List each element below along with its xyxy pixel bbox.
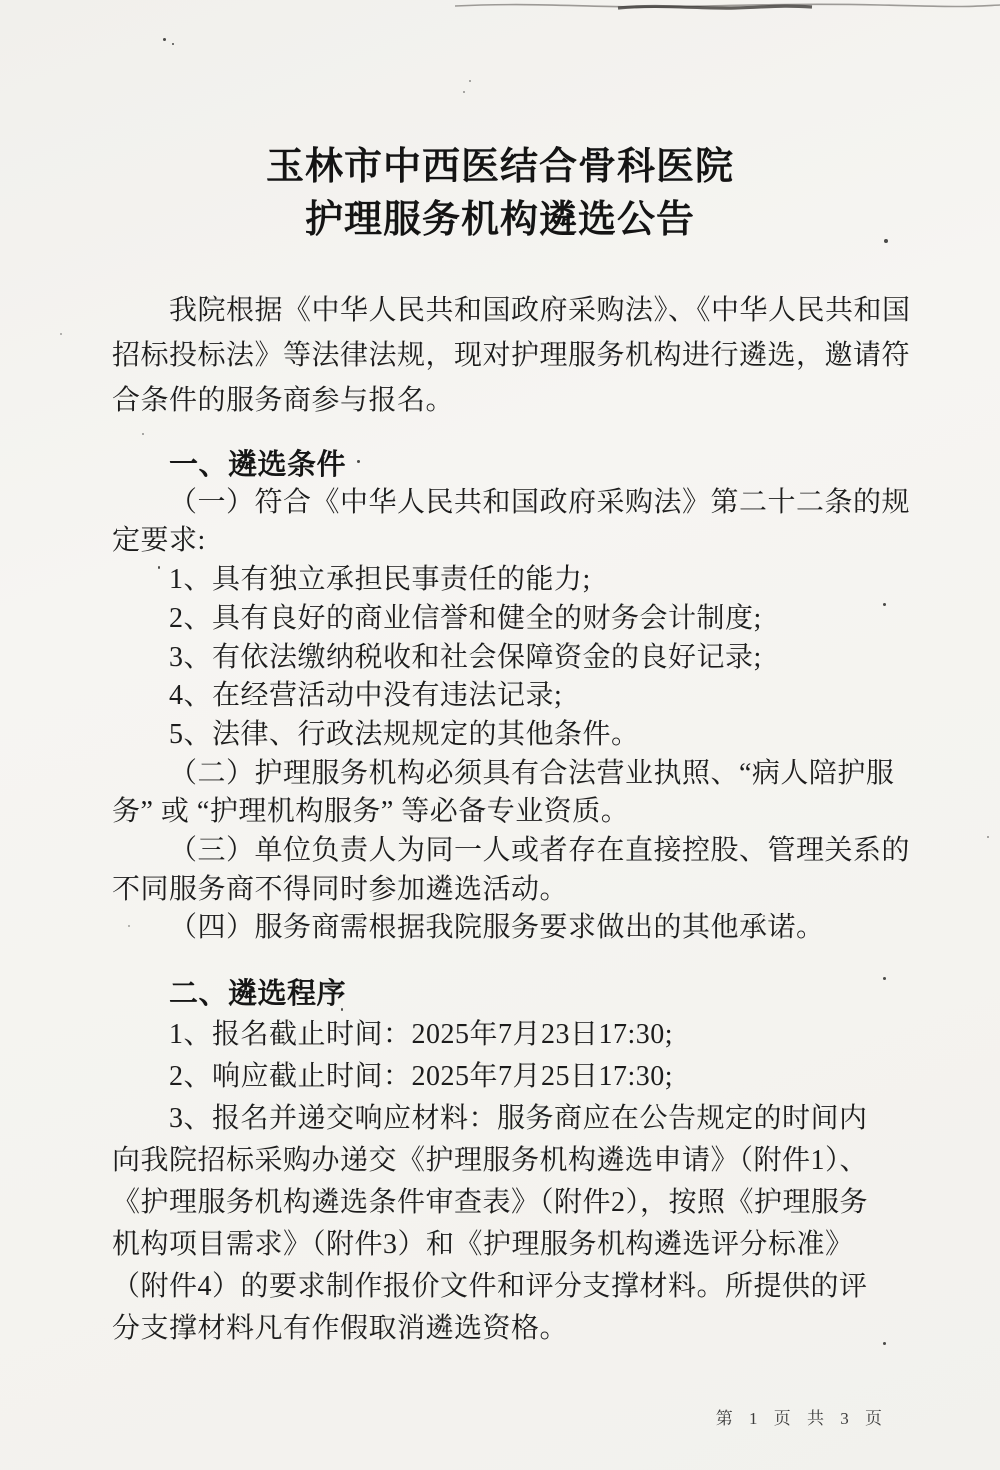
intro-paragraph: 我院根据《中华人民共和国政府采购法》、《中华人民共和国 招标投标法》等法律法规，…	[112, 288, 904, 423]
procedure-item-3-line: 3、报名并递交响应材料：服务商应在公告规定的时间内	[112, 1098, 904, 1140]
scan-speck	[128, 925, 130, 927]
scan-speck	[60, 333, 62, 335]
intro-line: 我院根据《中华人民共和国政府采购法》、《中华人民共和国	[112, 288, 904, 333]
scan-speck	[341, 1008, 343, 1011]
clause-2-line: 务” 或 “护理机构服务” 等必备专业资质。	[112, 793, 904, 832]
clause-4-line: （四）服务商需根据我院服务要求做出的其他承诺。	[112, 909, 904, 948]
section-1-heading: 一、遴选条件	[112, 445, 904, 484]
scan-speck	[987, 836, 989, 838]
procedure-item-1: 1、报名截止时间：2025年7月23日17:30;	[112, 1014, 904, 1056]
scanned-document-page: 玉林市中西医结合骨科医院 护理服务机构遴选公告 我院根据《中华人民共和国政府采购…	[0, 0, 1000, 1470]
condition-item-3: 3、有依法缴纳税收和社会保障资金的良好记录;	[112, 639, 904, 678]
section-selection-conditions: 一、遴选条件 （一）符合《中华人民共和国政府采购法》第二十二条的规 定要求: 1…	[112, 445, 904, 948]
condition-item-4: 4、在经营活动中没有违法记录;	[112, 677, 904, 716]
condition-item-1: 1、具有独立承担民事责任的能力;	[112, 561, 904, 600]
procedure-item-3-line: 分支撑材料凡有作假取消遴选资格。	[112, 1308, 904, 1350]
intro-line: 招标投标法》等法律法规，现对护理服务机构进行遴选，邀请符	[112, 333, 904, 378]
clause-3-line: 不同服务商不得同时参加遴选活动。	[112, 871, 904, 910]
scan-speck	[763, 915, 765, 917]
procedure-item-3-line: 机构项目需求》（附件3）和《护理服务机构遴选评分标准》	[112, 1224, 904, 1266]
page-number-footer: 第 1 页 共 3 页	[716, 1404, 888, 1429]
procedure-item-2: 2、响应截止时间：2025年7月25日17:30;	[112, 1056, 904, 1098]
scan-speck	[163, 38, 166, 41]
scan-speck	[357, 460, 360, 463]
clause-1-line: （一）符合《中华人民共和国政府采购法》第二十二条的规	[112, 484, 904, 523]
section-selection-procedure: 二、遴选程序 1、报名截止时间：2025年7月23日17:30; 2、响应截止时…	[112, 972, 904, 1350]
scan-speck	[883, 603, 886, 606]
scan-edge-artifact	[0, 0, 1000, 16]
procedure-item-3-line: 《护理服务机构遴选条件审查表》（附件2），按照《护理服务	[112, 1182, 904, 1224]
scan-speck	[884, 239, 888, 243]
section-2-heading: 二、遴选程序	[112, 972, 904, 1014]
scan-speck	[142, 433, 144, 435]
scan-speck	[172, 43, 174, 45]
scan-speck	[469, 80, 471, 82]
scan-speck	[883, 1342, 886, 1345]
clause-3-line: （三）单位负责人为同一人或者存在直接控股、管理关系的	[112, 832, 904, 871]
scan-speck	[883, 977, 886, 980]
intro-line: 合条件的服务商参与报名。	[112, 378, 904, 423]
clause-2-line: （二）护理服务机构必须具有合法营业执照、“病人陪护服	[112, 755, 904, 794]
procedure-item-3-line: （附件4）的要求制作报价文件和评分支撑材料。所提供的评	[112, 1266, 904, 1308]
document-title: 玉林市中西医结合骨科医院 护理服务机构遴选公告	[0, 140, 1000, 246]
condition-item-5: 5、法律、行政法规规定的其他条件。	[112, 716, 904, 755]
procedure-item-3-line: 向我院招标采购办递交《护理服务机构遴选申请》（附件1）、	[112, 1140, 904, 1182]
scan-speck	[463, 91, 465, 93]
document-title-line-2: 护理服务机构遴选公告	[0, 193, 1000, 246]
scan-speck	[158, 566, 160, 569]
document-title-line-1: 玉林市中西医结合骨科医院	[0, 140, 1000, 193]
condition-item-2: 2、具有良好的商业信誉和健全的财务会计制度;	[112, 600, 904, 639]
clause-1-line: 定要求:	[112, 522, 904, 561]
